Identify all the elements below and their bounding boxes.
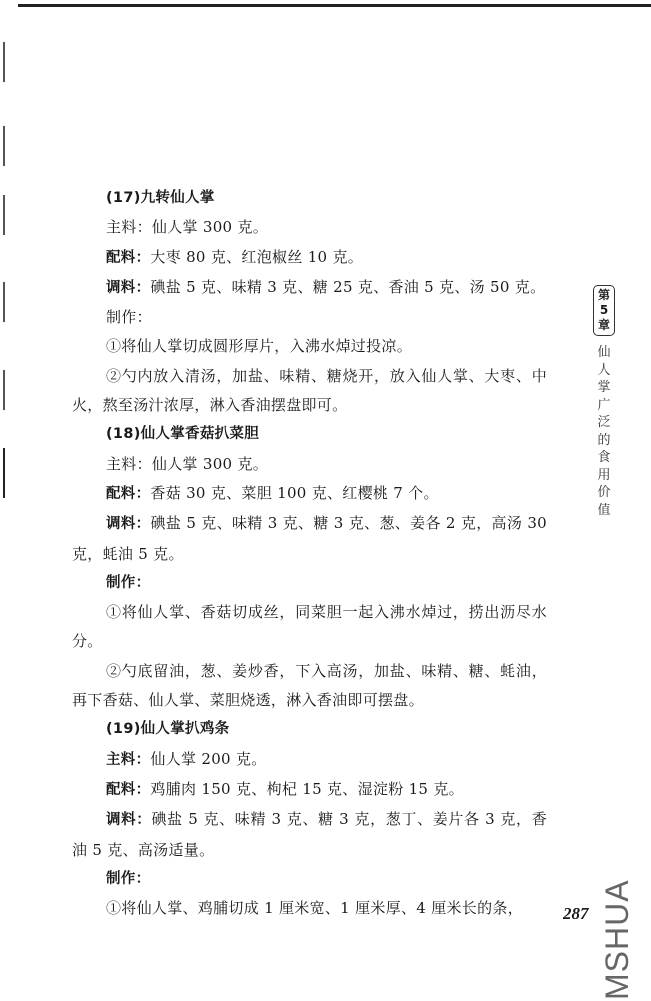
step: ①将仙人掌、香菇切成丝，同菜胆一起入沸水焯过，捞出沥尽水分。 <box>72 598 547 657</box>
page-number: 287 <box>563 904 589 924</box>
chapter-number: 5 <box>594 303 614 318</box>
seasoning: 调料：碘盐 5 克、味精 3 克、糖 25 克、香油 5 克、汤 50 克。 <box>72 273 547 303</box>
step: ②勺内放入清汤，加盐、味精、糖烧开，放入仙人掌、大枣、中火，熬至汤汁浓厚，淋入香… <box>72 362 547 421</box>
title-char: 用 <box>593 467 615 485</box>
title-char: 人 <box>593 362 615 380</box>
label: 配料： <box>106 486 150 502</box>
binding-mark <box>3 195 5 235</box>
watermark: MSHUA <box>597 880 637 1000</box>
title-char: 泛 <box>593 414 615 432</box>
label: 配料： <box>106 782 150 798</box>
recipe-17: (17)九转仙人掌 主料：仙人掌 300 克。 配料：大枣 80 克、红泡椒丝 … <box>72 184 547 420</box>
label: 配料： <box>106 250 150 266</box>
recipe-title: (18)仙人掌香菇扒菜胆 <box>72 420 547 449</box>
title-char: 的 <box>593 432 615 450</box>
value: 碘盐 5 克、味精 3 克、糖 25 克、香油 5 克、汤 50 克。 <box>150 278 545 296</box>
binding-mark <box>3 126 5 166</box>
value: 仙人掌 200 克。 <box>150 750 266 768</box>
recipe-title: (17)九转仙人掌 <box>72 184 547 213</box>
aux-ingredient: 配料：香菇 30 克、菜胆 100 克、红樱桃 7 个。 <box>72 479 547 509</box>
step: ①将仙人掌、鸡脯切成 1 厘米宽、1 厘米厚、4 厘米长的条， <box>72 894 547 923</box>
main-ingredient: 主料：仙人掌 200 克。 <box>72 745 547 775</box>
label: 调料： <box>106 516 151 532</box>
title-char: 食 <box>593 449 615 467</box>
chapter-title-vertical: 仙 人 掌 广 泛 的 食 用 价 值 <box>593 344 615 519</box>
header-rule <box>18 4 651 7</box>
chapter-char: 章 <box>594 318 614 333</box>
title-char: 值 <box>593 502 615 520</box>
method-label: 制作： <box>72 303 547 332</box>
method-label: 制作： <box>72 569 547 598</box>
aux-ingredient: 配料：大枣 80 克、红泡椒丝 10 克。 <box>72 243 547 273</box>
recipe-19: (19)仙人掌扒鸡条 主料：仙人掌 200 克。 配料：鸡脯肉 150 克、枸杞… <box>72 715 547 923</box>
binding-mark <box>3 448 5 498</box>
value: 大枣 80 克、红泡椒丝 10 克。 <box>150 248 363 266</box>
main-ingredient: 主料：仙人掌 300 克。 <box>72 213 547 242</box>
seasoning: 调料：碘盐 5 克、味精 3 克、糖 3 克，葱丁、姜片各 3 克，香油 5 克… <box>72 805 547 865</box>
recipe-18: (18)仙人掌香菇扒菜胆 主料：仙人掌 300 克。 配料：香菇 30 克、菜胆… <box>72 420 547 715</box>
title-char: 广 <box>593 397 615 415</box>
label: 调料： <box>106 280 150 296</box>
value: 仙人掌 300 克。 <box>152 455 268 473</box>
seasoning: 调料：碘盐 5 克、味精 3 克、糖 3 克、葱、姜各 2 克，高汤 30 克，… <box>72 509 547 569</box>
binding-mark <box>3 282 5 322</box>
page-body: (17)九转仙人掌 主料：仙人掌 300 克。 配料：大枣 80 克、红泡椒丝 … <box>72 184 547 923</box>
step: ①将仙人掌切成圆形厚片，入沸水焯过投凉。 <box>72 332 547 361</box>
chapter-side-tab: 第 5 章 仙 人 掌 广 泛 的 食 用 价 值 <box>593 285 615 519</box>
binding-mark <box>3 42 5 82</box>
label: 主料： <box>106 218 152 236</box>
chapter-char: 第 <box>594 288 614 303</box>
step: ②勺底留油，葱、姜炒香，下入高汤，加盐、味精、糖、蚝油，再下香菇、仙人掌、菜胆烧… <box>72 657 547 716</box>
title-char: 价 <box>593 484 615 502</box>
value: 鸡脯肉 150 克、枸杞 15 克、湿淀粉 15 克。 <box>150 780 464 798</box>
label: 主料： <box>106 455 152 473</box>
value: 仙人掌 300 克。 <box>152 218 268 236</box>
method-label: 制作： <box>72 865 547 894</box>
label: 主料： <box>106 752 150 768</box>
recipe-title: (19)仙人掌扒鸡条 <box>72 715 547 744</box>
chapter-badge: 第 5 章 <box>593 285 615 336</box>
value: 香菇 30 克、菜胆 100 克、红樱桃 7 个。 <box>150 484 438 502</box>
label: 调料： <box>106 812 151 828</box>
title-char: 掌 <box>593 379 615 397</box>
aux-ingredient: 配料：鸡脯肉 150 克、枸杞 15 克、湿淀粉 15 克。 <box>72 775 547 805</box>
main-ingredient: 主料：仙人掌 300 克。 <box>72 450 547 479</box>
binding-mark <box>3 370 5 410</box>
title-char: 仙 <box>593 344 615 362</box>
